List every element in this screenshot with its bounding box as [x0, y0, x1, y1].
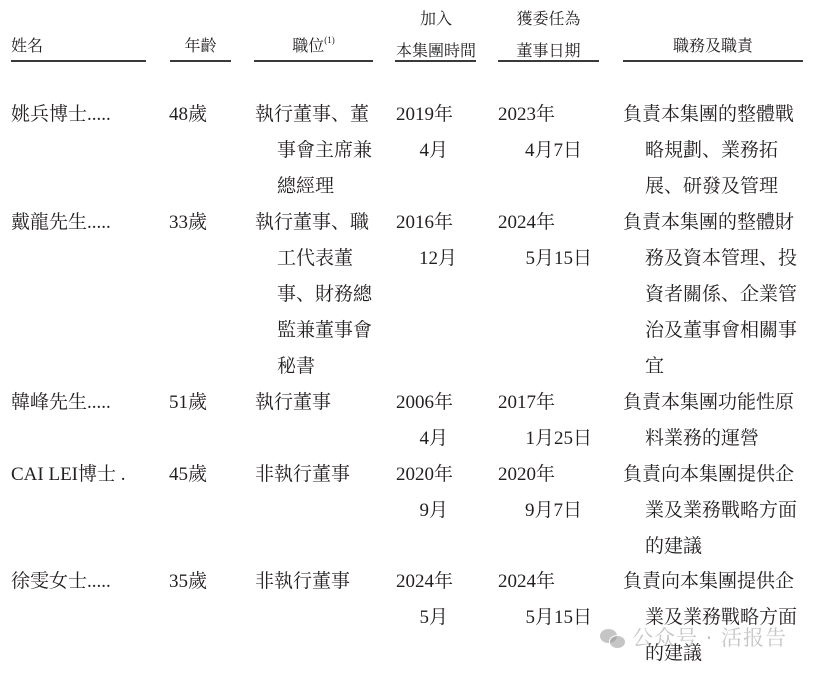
cell-appoint-date: 2020年 9月7日 [498, 457, 593, 529]
cell-join-date: 2024年 5月 [396, 564, 468, 636]
header-rule-join [395, 60, 476, 62]
header-rule-appoint [498, 60, 599, 62]
cell-age: 51歲 [169, 385, 207, 421]
cell-duties: 負責本集團的整體財 務及資本管理、投 資者關係、企業管 治及董事會相關事 宜 [623, 205, 797, 385]
header-join-line1: 加入 [390, 3, 482, 35]
cell-position: 非執行董事 [255, 564, 350, 600]
header-rule-position [254, 60, 373, 62]
cell-duties: 負責向本集團提供企 業及業務戰略方面 的建議 [623, 457, 797, 565]
header-appoint-line2: 董事日期 [498, 35, 599, 67]
cell-join-date: 2020年 9月 [396, 457, 468, 529]
cell-position: 執行董事、職 工代表董 事、財務總 監兼董事會 秘書 [255, 205, 372, 385]
header-duties: 職務及職責 [623, 30, 803, 62]
cell-join-date: 2006年 4月 [396, 385, 468, 457]
cell-join-date: 2019年 4月 [396, 97, 468, 169]
cell-name: 徐雯女士..... [11, 564, 111, 600]
header-position: 職位(1) [254, 30, 373, 62]
footnote-ref: (1) [324, 35, 335, 45]
header-rule-name [11, 60, 146, 62]
header-age-label: 年齡 [184, 36, 216, 55]
cell-name: 韓峰先生..... [11, 385, 111, 421]
header-age: 年齡 [170, 30, 231, 62]
watermark: 公众号 · 活报告 [600, 622, 787, 652]
header-position-label: 職位 [292, 36, 324, 55]
cell-duties: 負責向本集團提供企 業及業務戰略方面 的建議 [623, 564, 797, 672]
cell-name: 戴龍先生..... [11, 205, 111, 241]
cell-age: 48歲 [169, 97, 207, 133]
wechat-icon [600, 629, 626, 649]
cell-name: 姚兵博士..... [11, 97, 111, 133]
header-join-line2: 本集團時間 [390, 35, 482, 67]
header-appoint-line1: 獲委任為 [498, 3, 599, 35]
header-name: 姓名 [11, 30, 146, 62]
header-duties-label: 職務及職責 [673, 36, 753, 55]
header-rule-age [170, 60, 231, 62]
cell-position: 非執行董事 [255, 457, 350, 493]
cell-duties: 負責本集團功能性原 料業務的運營 [623, 385, 794, 457]
cell-position: 執行董事 [255, 385, 331, 421]
header-name-label: 姓名 [11, 36, 43, 55]
cell-position: 執行董事、董 事會主席兼 總經理 [255, 97, 372, 205]
cell-appoint-date: 2017年 1月25日 [498, 385, 593, 457]
cell-age: 45歲 [169, 457, 207, 493]
header-join-date: 加入 本集團時間 [390, 3, 482, 67]
cell-duties: 負責本集團的整體戰 略規劃、業務拓 展、研發及管理 [623, 97, 794, 205]
cell-appoint-date: 2023年 4月7日 [498, 97, 593, 169]
cell-appoint-date: 2024年 5月15日 [498, 205, 593, 277]
watermark-text: 公众号 · 活报告 [632, 626, 787, 650]
cell-name: CAI LEI博士 . [11, 457, 126, 493]
header-rule-duties [623, 60, 803, 62]
cell-age: 35歲 [169, 564, 207, 600]
cell-join-date: 2016年 12月 [396, 205, 468, 277]
header-appoint-date: 獲委任為 董事日期 [498, 3, 599, 67]
cell-age: 33歲 [169, 205, 207, 241]
cell-appoint-date: 2024年 5月15日 [498, 564, 593, 636]
